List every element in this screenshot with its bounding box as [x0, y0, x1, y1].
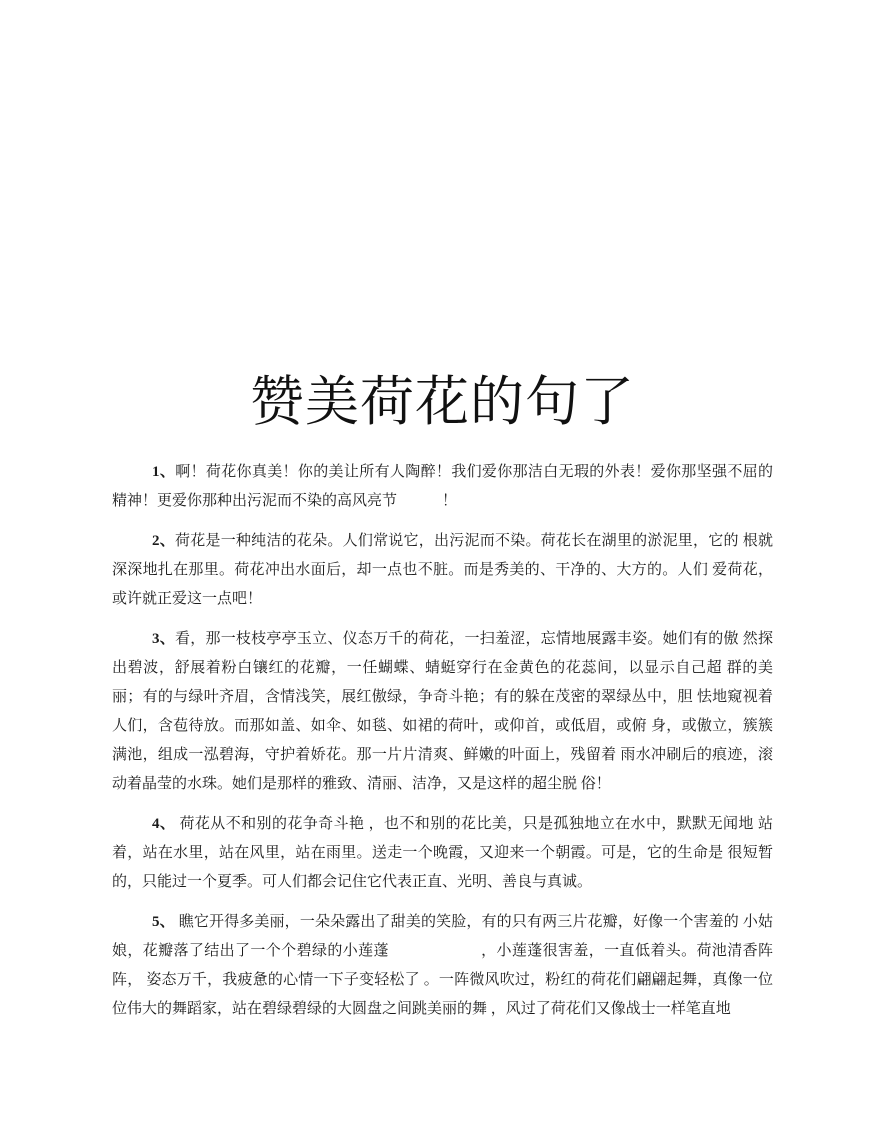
- paragraph-4: 4、 荷花从不和别的花争奇斗艳 ，也不和别的花比美，只是孤独地立在水中，默默无闻…: [112, 810, 773, 897]
- paragraph-2: 2、荷花是一种纯洁的花朵。人们常说它，出污泥而不染。荷花长在湖里的淤泥里，它的 …: [112, 527, 773, 614]
- paragraph-1-text: 啊！荷花你真美！你的美让所有人陶醉！我们爱你那洁白无瑕的外表！爱你那坚强不屈的精…: [112, 464, 773, 509]
- document-page: 赞美荷花的句了 1、啊！荷花你真美！你的美让所有人陶醉！我们爱你那洁白无瑕的外表…: [0, 0, 886, 1147]
- paragraph-1: 1、啊！荷花你真美！你的美让所有人陶醉！我们爱你那洁白无瑕的外表！爱你那坚强不屈…: [112, 458, 773, 516]
- paragraph-5: 5、 瞧它开得多美丽，一朵朵露出了甜美的笑脸，有的只有两三片花瓣，好像一个害羞的…: [112, 908, 773, 1024]
- paragraph-1-number: 1、: [152, 464, 175, 480]
- paragraph-3: 3、看，那一枝枝亭亭玉立、仪态万千的荷花，一扫羞涩，忘情地展露丰姿。她们有的傲 …: [112, 625, 773, 799]
- paragraph-4-number: 4、: [152, 816, 175, 832]
- document-content: 赞美荷花的句了 1、啊！荷花你真美！你的美让所有人陶醉！我们爱你那洁白无瑕的外表…: [112, 0, 773, 1035]
- paragraph-3-number: 3、: [152, 631, 175, 647]
- paragraph-4-text: 荷花从不和别的花争奇斗艳 ，也不和别的花比美，只是孤独地立在水中，默默无闻地 站…: [112, 816, 773, 890]
- paragraph-2-number: 2、: [152, 533, 175, 549]
- document-title: 赞美荷花的句了: [112, 372, 773, 432]
- paragraph-2-text: 荷花是一种纯洁的花朵。人们常说它，出污泥而不染。荷花长在湖里的淤泥里，它的 根就…: [112, 533, 773, 607]
- paragraph-5-number: 5、: [152, 914, 175, 930]
- paragraph-5-text: 瞧它开得多美丽，一朵朵露出了甜美的笑脸，有的只有两三片花瓣，好像一个害羞的 小姑…: [112, 914, 773, 1017]
- paragraph-3-text: 看，那一枝枝亭亭玉立、仪态万千的荷花，一扫羞涩，忘情地展露丰姿。她们有的傲 然探…: [112, 631, 773, 792]
